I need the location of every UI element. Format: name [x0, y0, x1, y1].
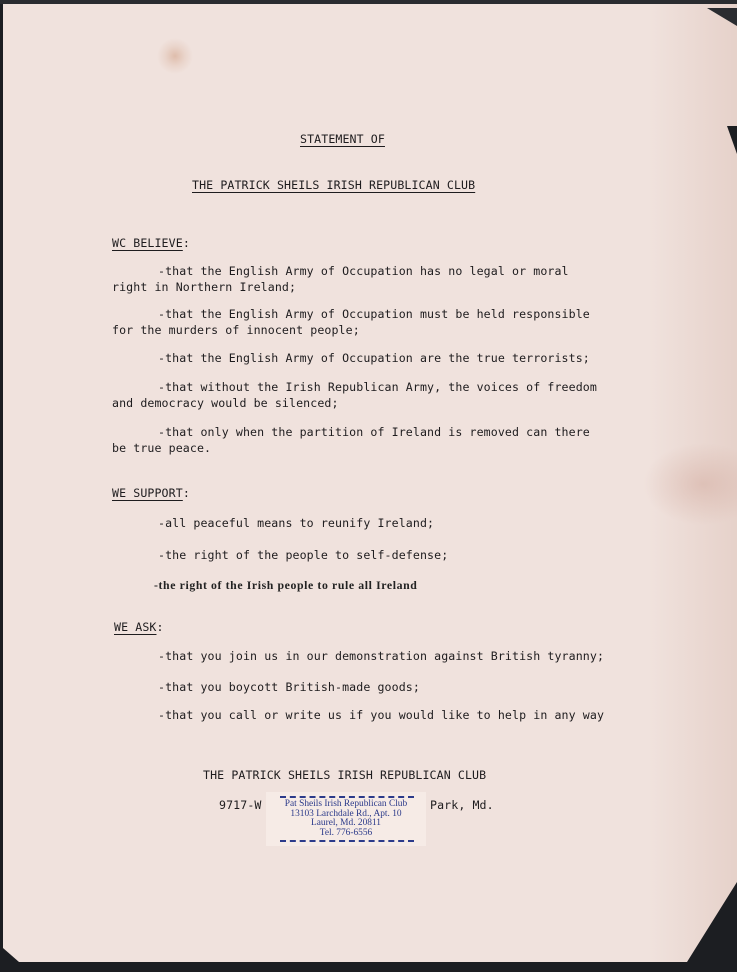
page-corner-fold [687, 882, 737, 962]
heading-text: WE SUPPORT [112, 486, 183, 500]
heading-colon: : [156, 620, 163, 634]
section-heading-support: WE SUPPORT: [112, 486, 190, 500]
section-heading-ask: WE ASK: [114, 620, 164, 634]
page-corner-fold [707, 8, 737, 26]
belief-3-line1: -that the English Army of Occupation are… [158, 351, 590, 365]
heading-text: WC BELIEVE [112, 236, 183, 250]
page-edge-tear [727, 126, 737, 154]
support-1: -all peaceful means to reunify Ireland; [158, 516, 434, 530]
ask-3: -that you call or write us if you would … [158, 708, 604, 722]
club-title: THE PATRICK SHEILS IRISH REPUBLICAN CLUB [192, 178, 475, 192]
belief-2-line1: -that the English Army of Occupation mus… [158, 307, 590, 321]
label-rule-bottom [280, 840, 414, 842]
footer-address-left: 9717-W [219, 798, 261, 812]
support-3-typed-insert: -the right of the Irish people to rule a… [154, 578, 417, 593]
belief-2-line2: for the murders of innocent people; [112, 323, 360, 337]
belief-4-line1: -that without the Irish Republican Army,… [158, 380, 597, 394]
heading-colon: : [183, 236, 190, 250]
belief-5-line1: -that only when the partition of Ireland… [158, 425, 590, 439]
section-heading-believe: WC BELIEVE: [112, 236, 190, 250]
document-title: STATEMENT OF [300, 132, 385, 146]
support-2: -the right of the people to self-defense… [158, 548, 448, 562]
page-corner-fold [3, 948, 19, 962]
label-phone: Tel. 776-6556 [266, 829, 426, 839]
belief-1-line1: -that the English Army of Occupation has… [158, 264, 569, 278]
ask-1: -that you join us in our demonstration a… [158, 649, 604, 663]
heading-text: WE ASK [114, 620, 156, 634]
footer-club-name: THE PATRICK SHEILS IRISH REPUBLICAN CLUB [203, 768, 486, 782]
label-rule-top [280, 796, 414, 798]
belief-4-line2: and democracy would be silenced; [112, 396, 339, 410]
belief-5-line2: be true peace. [112, 441, 211, 455]
heading-colon: : [183, 486, 190, 500]
ask-2: -that you boycott British-made goods; [158, 680, 420, 694]
belief-1-line2: right in Northern Ireland; [112, 280, 296, 294]
address-label-sticker: Pat Sheils Irish Republican Club 13103 L… [266, 792, 426, 846]
footer-address-right: Park, Md. [430, 798, 494, 812]
document-page: STATEMENT OF THE PATRICK SHEILS IRISH RE… [3, 4, 737, 962]
scan-bottom-border [0, 962, 737, 972]
